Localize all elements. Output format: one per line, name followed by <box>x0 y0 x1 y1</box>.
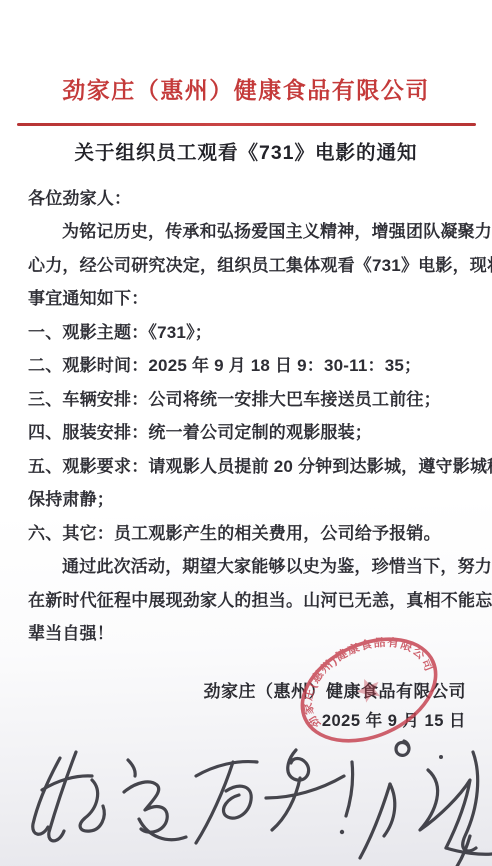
handwriting-exclamation <box>340 762 353 834</box>
handwriting-char-shi <box>266 750 344 830</box>
handwritten-annotation <box>0 718 492 866</box>
notice-document-photo: 劲家庄（惠州）健康食品有限公司 关于组织员工观看《731》电影的通知 各位劲家人… <box>0 0 492 866</box>
signature-company: 劲家庄（惠州）健康食品有限公司 <box>0 677 466 707</box>
notice-item-3: 三、车辆安排：公司将统一安排大巴车接送员工前往； <box>28 383 468 417</box>
handwriting-char-ji <box>124 760 186 840</box>
closing-line-3: 辈当自强！ <box>28 617 468 651</box>
notice-item-5-continued: 保持肃静； <box>28 483 468 517</box>
signature-block: 劲家庄（惠州）健康食品有限公司 2025 年 9 月 15 日 <box>0 677 492 736</box>
closing-line-2: 在新时代征程中展现劲家人的担当。山河已无恙，真相不能忘，吾 <box>28 584 468 618</box>
intro-line-3: 事宜通知如下： <box>28 282 468 316</box>
signature-date: 2025 年 9 月 15 日 <box>0 707 466 736</box>
intro-line-2: 心力，经公司研究决定，组织员工集体观看《731》电影，现将具体 <box>28 249 468 283</box>
notice-body: 各位劲家人： 为铭记历史，传承和弘扬爱国主义精神，增强团队凝聚力与向 心力，经公… <box>0 182 492 651</box>
notice-item-6: 六、其它：员工观影产生的相关费用，公司给予报销。 <box>28 517 468 551</box>
handwritten-signature <box>360 741 492 866</box>
letterhead-divider <box>17 123 476 126</box>
salutation: 各位劲家人： <box>28 182 468 216</box>
company-letterhead: 劲家庄（惠州）健康食品有限公司 <box>0 0 492 106</box>
handwriting-char-ming <box>33 752 104 841</box>
notice-item-5: 五、观影要求：请观影人员提前 20 分钟到达影城，遵守影城秩序， <box>28 450 468 484</box>
notice-item-1: 一、观影主题：《731》； <box>28 316 468 350</box>
notice-item-4: 四、服装安排：统一着公司定制的观影服装； <box>28 416 468 450</box>
intro-line-1: 为铭记历史，传承和弘扬爱国主义精神，增强团队凝聚力与向 <box>28 215 468 249</box>
closing-line-1: 通过此次活动，期望大家能够以史为鉴，珍惜当下，努力工作， <box>28 550 468 584</box>
notice-item-2: 二、观影时间：2025 年 9 月 18 日 9：30-11：35； <box>28 349 468 383</box>
notice-title: 关于组织员工观看《731》电影的通知 <box>0 138 492 168</box>
handwriting-char-li <box>196 762 257 843</box>
